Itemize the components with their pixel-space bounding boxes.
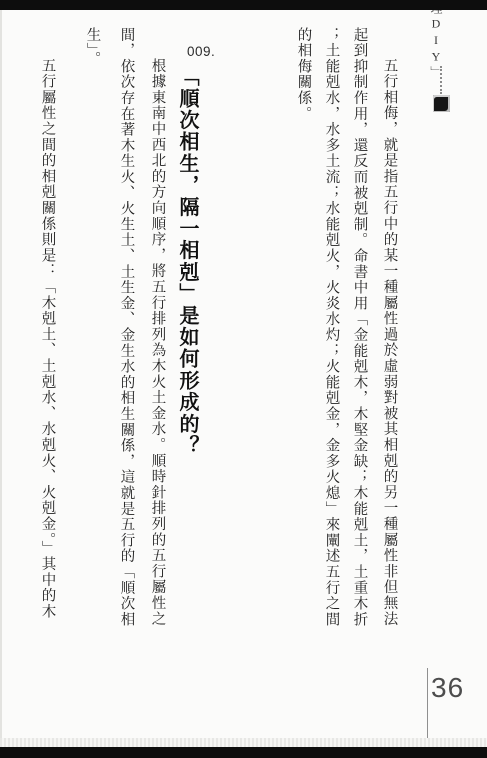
top-letterbox-bar	[0, 0, 487, 10]
body-text-column: 根據東南中西北的方向順序，將五行排列為木火土金水。順時針排列的五行屬性之	[150, 58, 165, 718]
body-text-column: 起到抑制作用，還反而被剋制。命書中用「金能剋木，木堅金缺；木能剋土，土重木折	[352, 27, 367, 687]
ink-seal-icon	[433, 95, 450, 112]
body-text-column: 五行相侮，就是指五行中的某一種屬性過於虛弱對被其相剋的另一種屬性非但無法	[382, 58, 397, 718]
bottom-letterbox-bar	[0, 747, 487, 758]
body-text-column: 五行屬性之間的相剋關係則是：「木剋土、土剋水、水剋火、火剋金。」其中的木	[40, 58, 55, 718]
left-page-edge-shade	[0, 0, 2, 758]
body-text-column: 間，依次存在著木生火、火生土、土生金、金生水的相生關係，這就是五行的「順次相	[119, 27, 134, 687]
body-text-column: 生」。	[85, 27, 100, 687]
running-header: 理DIY」	[430, 2, 442, 82]
body-text-column: ；土能剋水，水多土流；水能剋火，火炎水灼；火能剋金，金多火熄」來闡述五行之間	[324, 27, 339, 687]
page-number-rule	[427, 668, 428, 740]
article-title: 「順次相生，隔一相剋」是如何形成的？	[177, 66, 197, 496]
body-text-column: 的相侮關係。	[296, 27, 311, 687]
bottom-edge-texture	[0, 738, 487, 747]
page-number: 36	[431, 672, 464, 704]
article-number: 009.	[187, 44, 215, 59]
